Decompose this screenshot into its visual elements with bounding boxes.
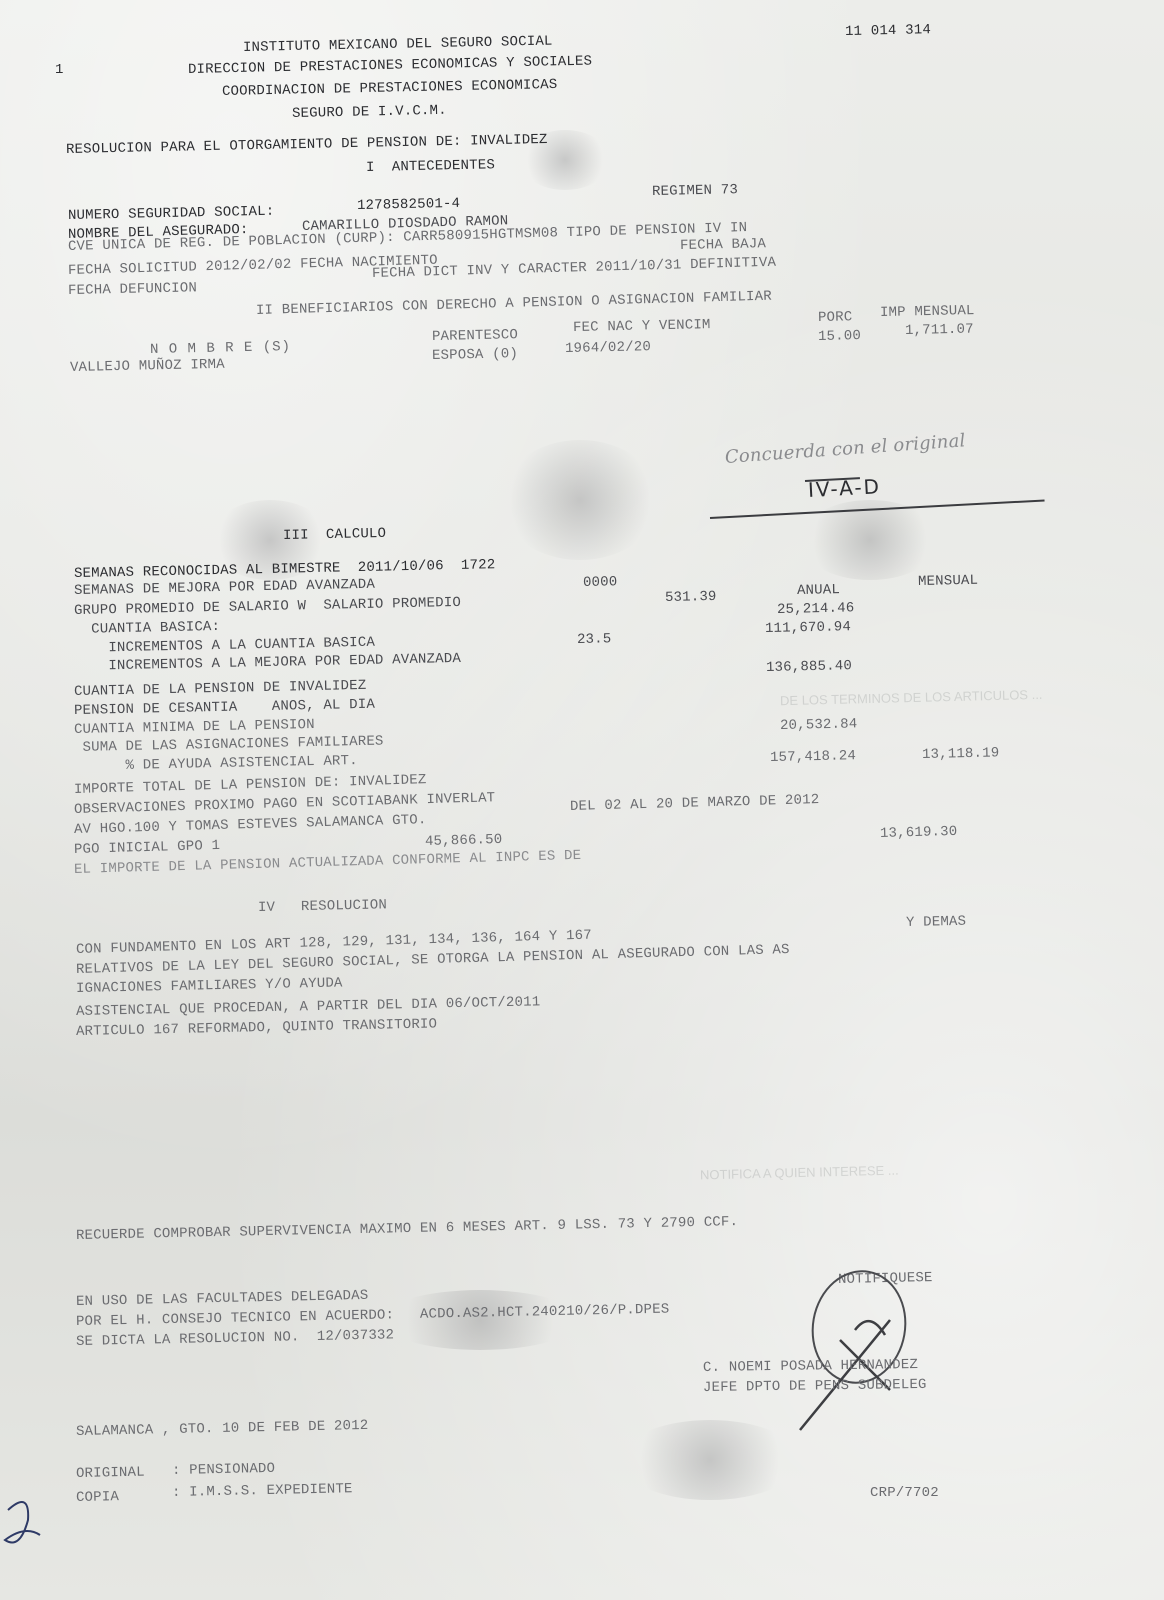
header-direction: DIRECCION DE PRESTACIONES ECONOMICAS Y S…: [188, 54, 593, 78]
calc-row-anual-value: 111,670.94: [765, 619, 851, 637]
nss-label: NUMERO SEGURIDAD SOCIAL:: [68, 204, 275, 224]
header-institution: INSTITUTO MEXICANO DEL SEGURO SOCIAL: [243, 34, 553, 56]
signatory-title: JEFE DPTO DE PENS SUBDELEG: [703, 1377, 927, 1396]
calc-row-label: CUANTIA DE LA PENSION DE INVALIDEZ: [74, 678, 367, 700]
resolution-line-4: ASISTENCIAL QUE PROCEDAN, A PARTIR DEL D…: [76, 994, 541, 1020]
column-anual: ANUAL: [797, 582, 840, 599]
calc-row-mid-value: 531.39: [665, 589, 717, 606]
periodo-pago: DEL 02 AL 20 DE MARZO DE 2012: [570, 792, 820, 815]
document-code: 11 014 314: [845, 22, 931, 40]
calc-row-anual-value: 136,885.40: [766, 658, 852, 676]
pago-inicial-value: 45,866.50: [425, 832, 503, 850]
header-insurance: SEGURO DE I.V.C.M.: [292, 103, 447, 122]
place-date: SALAMANCA , GTO. 10 DE FEB DE 2012: [76, 1418, 369, 1440]
print-noise: [620, 1420, 800, 1500]
section-4-heading: IV RESOLUCION: [258, 897, 387, 916]
column-fecha: FEC NAC Y VENCIM: [573, 317, 711, 336]
beneficiary-percentage: 15.00: [818, 328, 861, 345]
authority-line-1: EN USO DE LAS FACULTADES DELEGADAS: [76, 1288, 369, 1310]
nss-value: 1278582501-4: [357, 196, 461, 214]
copia-value: : I.M.S.S. EXPEDIENTE: [172, 1481, 353, 1501]
pago-inicial-mensual: 13,619.30: [880, 824, 958, 842]
column-imp-mensual: IMP MENSUAL: [880, 303, 975, 321]
fecha-baja: FECHA BAJA: [680, 236, 766, 254]
beneficiary-monthly-amount: 1,711.07: [905, 322, 974, 339]
column-nombre: N O M B R E (S): [150, 339, 291, 358]
bleed-through-text: NOTIFICA A QUIEN INTERESE ...: [700, 1163, 899, 1183]
document-page: DE LOS TERMINOS DE LOS ARTICULOS ... NOT…: [0, 0, 1164, 1600]
page-number: 1: [55, 62, 64, 78]
section-3-heading: III CALCULO: [283, 526, 387, 544]
calc-row-anual-value: 157,418.24: [770, 748, 856, 766]
survival-reminder: RECUERDE COMPROBAR SUPERVIVENCIA MAXIMO …: [76, 1214, 739, 1244]
margin-pen-mark-icon: [0, 1480, 60, 1580]
header-coordination: COORDINACION DE PRESTACIONES ECONOMICAS: [222, 77, 558, 100]
print-noise: [500, 440, 660, 560]
resolution-line-5: ARTICULO 167 REFORMADO, QUINTO TRANSITOR…: [76, 1016, 438, 1040]
calc-row-label: GRUPO PROMEDIO DE SALARIO W SALARIO PROM…: [74, 595, 461, 619]
beneficiary-name: VALLEJO MUÑOZ IRMA: [70, 357, 225, 376]
calc-row-mid-value: 23.5: [577, 631, 612, 648]
calc-row-label: % DE AYUDA ASISTENCIAL ART.: [74, 753, 358, 775]
section-1-heading: I ANTECEDENTES: [366, 157, 495, 176]
handwritten-code: IV-A-D: [808, 478, 882, 498]
original-label: ORIGINAL: [76, 1465, 145, 1482]
footer-code: CRP/7702: [870, 1485, 939, 1501]
resolution-number: SE DICTA LA RESOLUCION NO. 12/037332: [76, 1327, 395, 1350]
original-value: : PENSIONADO: [172, 1461, 276, 1479]
y-demas: Y DEMAS: [906, 914, 967, 931]
calc-row-mensual-value: 13,118.19: [922, 745, 1000, 763]
handwritten-note: Concuerda con el original: [724, 433, 966, 466]
section-2-heading: II BENEFICIARIOS CON DERECHO A PENSION O…: [256, 289, 772, 319]
document-title: RESOLUCION PARA EL OTORGAMIENTO DE PENSI…: [66, 132, 548, 158]
calc-row-anual-value: 20,532.84: [780, 716, 858, 734]
calc-row-label: PENSION DE CESANTIA ANOS, AL DIA: [74, 697, 375, 719]
copia-label: COPIA: [76, 1489, 119, 1506]
beneficiary-date: 1964/02/20: [565, 339, 651, 357]
column-porc: PORC: [818, 309, 853, 326]
regimen: REGIMEN 73: [652, 182, 738, 200]
fecha-defuncion: FECHA DEFUNCION: [68, 280, 197, 299]
calc-row-label: CUANTIA BASICA:: [74, 619, 221, 638]
signatory-name: C. NOEMI POSADA HERNANDEZ: [703, 1357, 918, 1376]
beneficiary-relationship: ESPOSA (0): [432, 346, 518, 364]
column-mensual: MENSUAL: [918, 573, 979, 590]
resolution-line-3: IGNACIONES FAMILIARES Y/O AYUDA: [76, 975, 343, 997]
semanas-mejora-value: 0000: [583, 574, 618, 591]
calc-row-anual-value: 25,214.46: [777, 600, 855, 618]
pago-inicial-label: PGO INICIAL GPO 1: [74, 838, 221, 858]
bleed-through-text: DE LOS TERMINOS DE LOS ARTICULOS ...: [780, 687, 1043, 708]
column-parentesco: PARENTESCO: [432, 327, 518, 345]
